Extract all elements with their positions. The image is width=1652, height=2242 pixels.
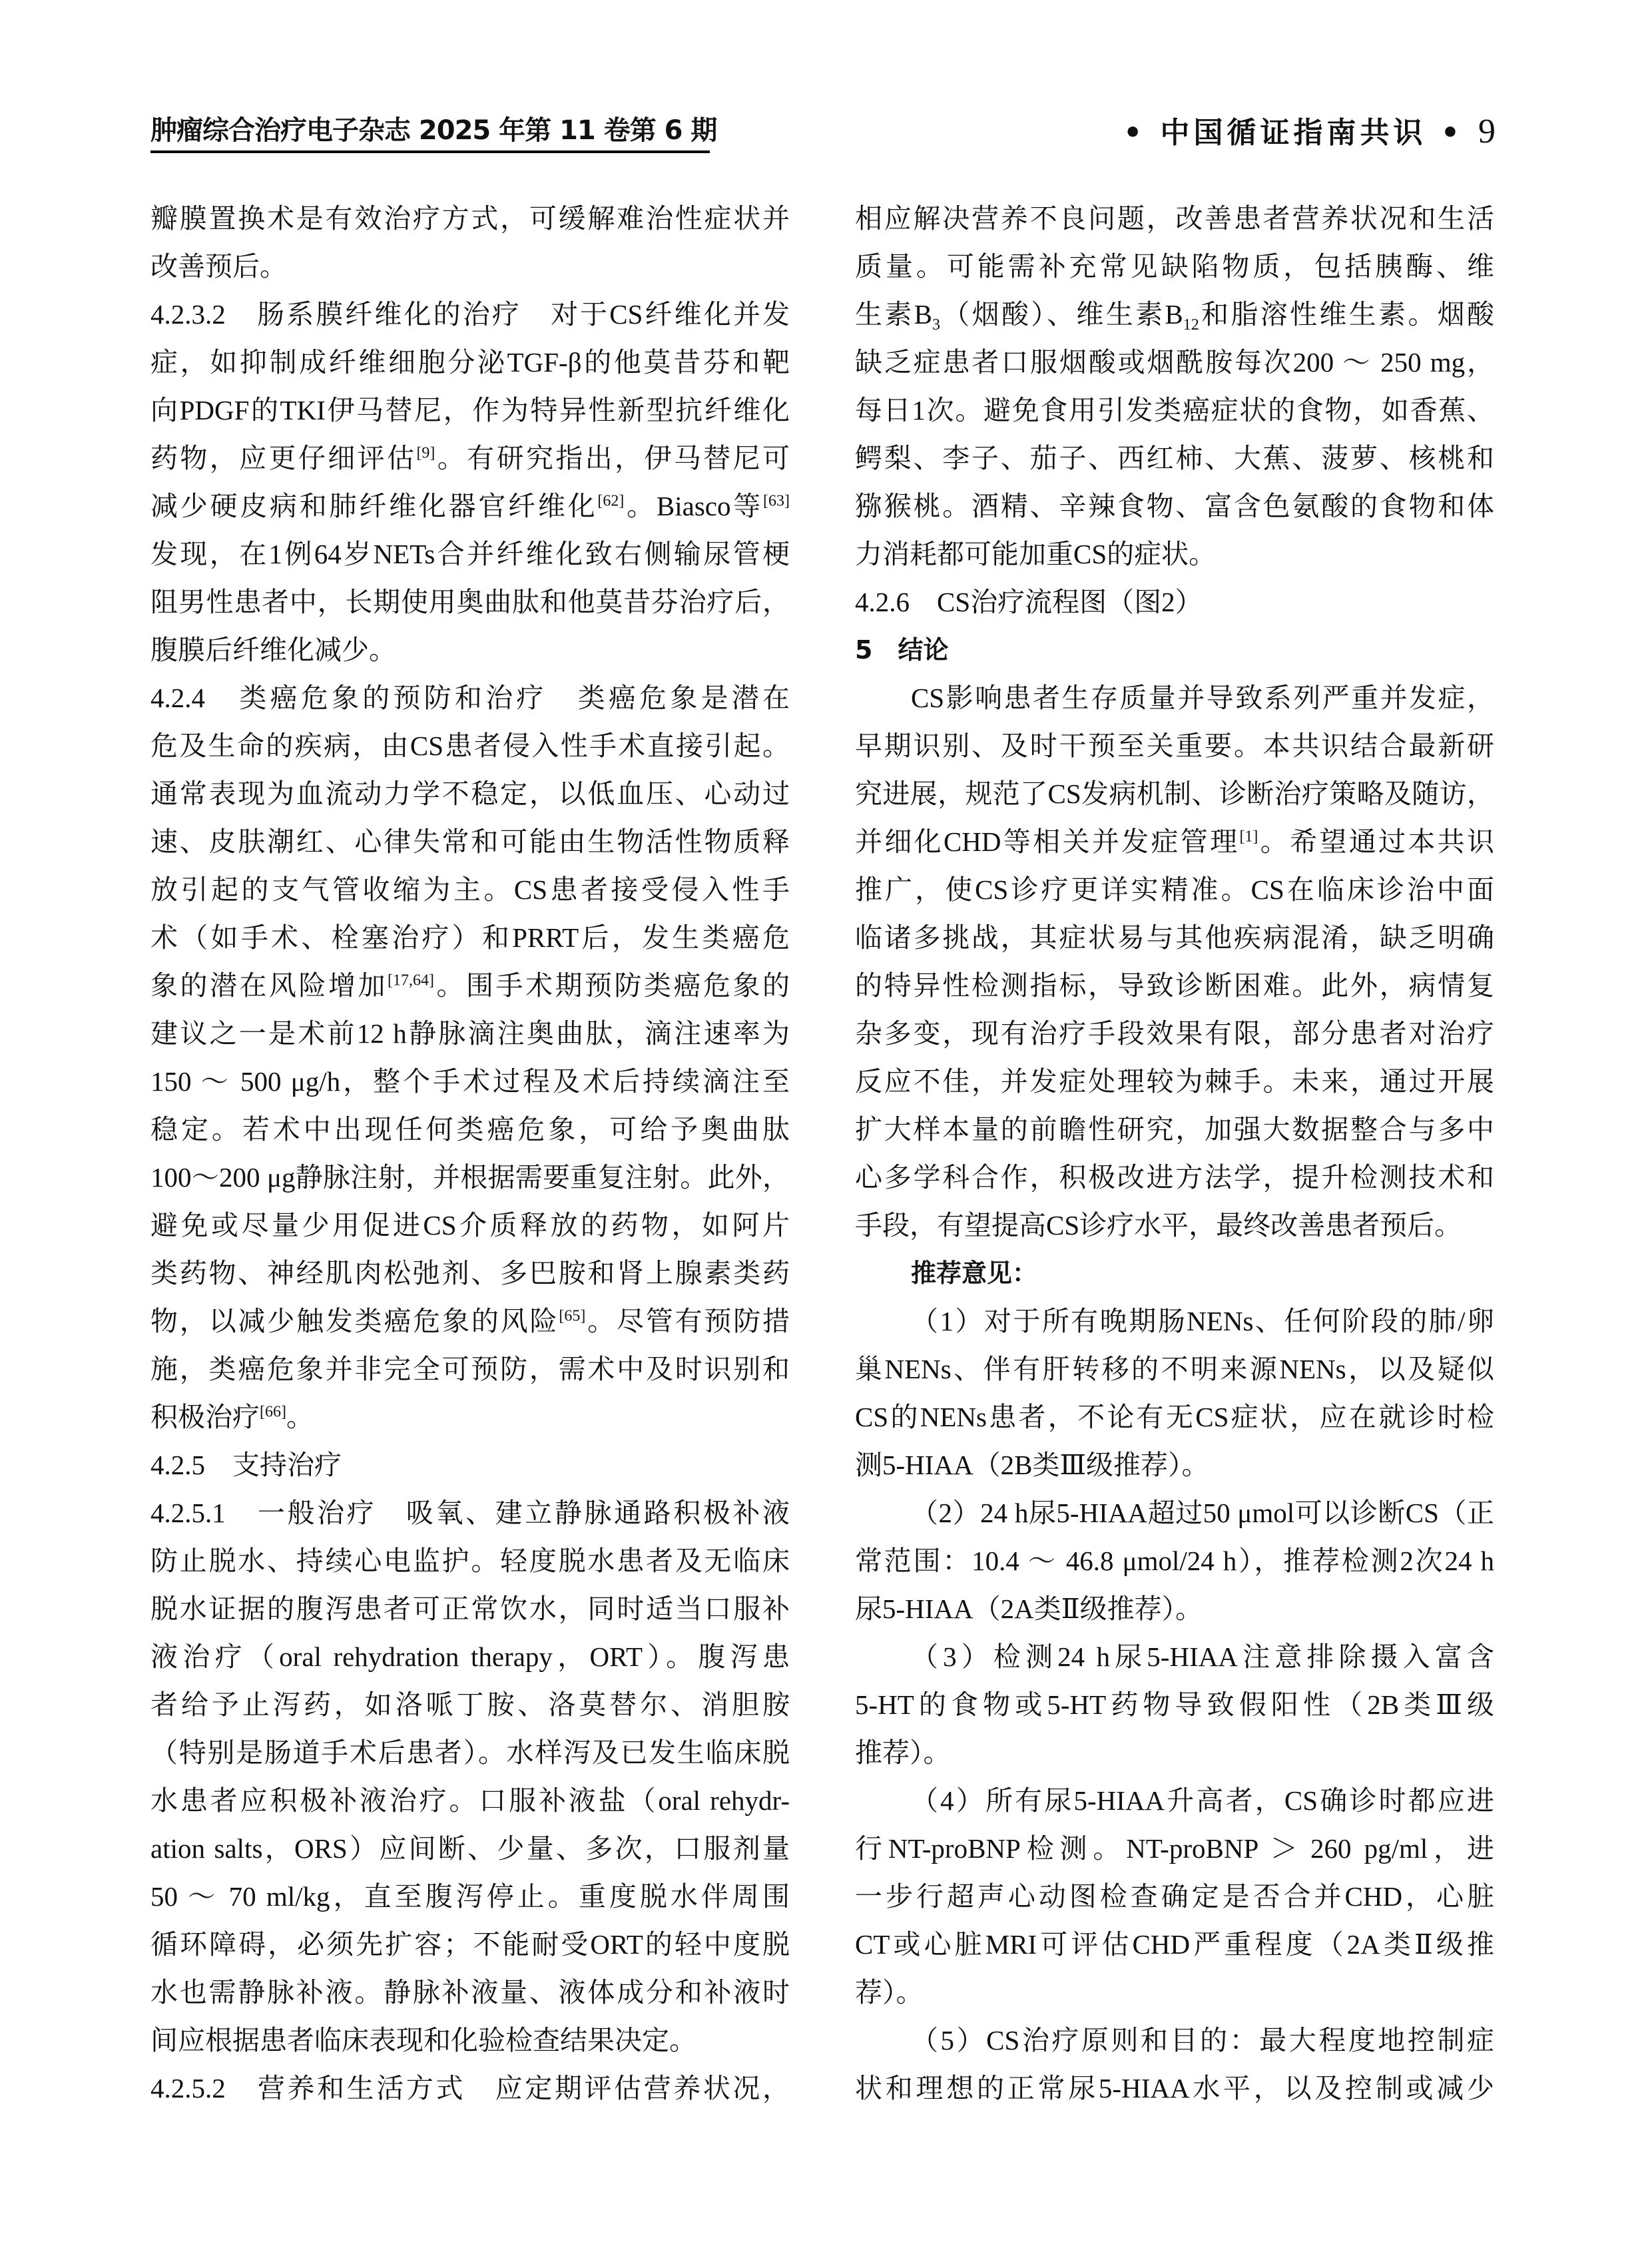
line-text: CS的NENs患者，不论有无CS症状，应在就诊时检 [855,1402,1494,1432]
text-line: 尿5-HIAA（2A类Ⅱ级推荐）。 [855,1585,1494,1633]
text-line: 100～200 μg静脉注射，并根据需要重复注射。此外， [150,1153,790,1201]
line-text: 液治疗（oral rehydration therapy，ORT）。腹泻患 [150,1641,790,1672]
citation-ref: [62] [597,492,624,509]
line-text: 常范围：10.4 ～ 46.8 μmol/24 h），推荐检测2次24 h [855,1545,1494,1576]
text-line: 阻男性患者中，长期使用奥曲肽和他莫昔芬治疗后， [150,578,790,626]
line-text: 5 结论 [855,635,948,665]
line-text: 4.2.6 CS治疗流程图（图2） [855,587,1203,617]
text-line: 建议之一是术前12 h静脉滴注奥曲肽，滴注速率为 [150,1009,790,1057]
text-line: 50 ～ 70 ml/kg，直至腹泻停止。重度脱水伴周围 [150,1872,790,1920]
text-line: 术（如手术、栓塞治疗）和PRRT后，发生类癌危 [150,914,790,962]
text-line: 脱水证据的腹泻患者可正常饮水，同时适当口服补 [150,1585,790,1633]
text-line: 相应解决营养不良问题，改善患者营养状况和生活 [855,194,1494,242]
text-line: 5 结论 [855,626,1494,674]
line-text: 者给予止泻药，如洛哌丁胺、洛莫替尔、消胆胺 [150,1689,790,1720]
text-line: 稳定。若术中出现任何类癌危象，可给予奥曲肽 [150,1105,790,1153]
line-text: 。围手术期预防类癌危象的 [434,970,790,1001]
line-text: 质量。可能需补充常见缺陷物质，包括胰酶、维 [855,251,1494,282]
line-text: 改善预后。 [150,251,287,282]
text-line: 临诸多挑战，其症状易与其他疾病混淆，缺乏明确 [855,914,1494,962]
text-line: （4）所有尿5-HIAA升高者，CS确诊时都应进 [855,1777,1494,1824]
line-text: 防止脱水、持续心电监护。轻度脱水患者及无临床 [150,1545,790,1576]
text-line: 手段，有望提高CS诊疗水平，最终改善患者预后。 [855,1201,1494,1249]
text-line: CT或心脏MRI可评估CHD严重程度（2A类Ⅱ级推 [855,1920,1494,1968]
line-text: （1）对于所有晚期肠NENs、任何阶段的肺/卵 [911,1306,1494,1336]
citation-ref: [66] [260,1403,286,1420]
text-line: 猕猴桃。酒精、辛辣食物、富含色氨酸的食物和体 [855,482,1494,530]
line-text: 100～200 μg静脉注射，并根据需要重复注射。此外， [150,1162,790,1193]
text-line: 水患者应积极补液治疗。口服补液盐（oral rehydr- [150,1777,790,1824]
text-line: （2）24 h尿5-HIAA超过50 μmol可以诊断CS（正 [855,1489,1494,1537]
text-line: 推荐意见： [855,1249,1494,1297]
text-line: 状和理想的正常尿5-HIAA水平，以及控制或减少 [855,2064,1494,2112]
line-text: 水也需静脉补液。静脉补液量、液体成分和补液时 [150,1977,790,2008]
line-text: 放引起的支气管收缩为主。CS患者接受侵入性手 [150,874,790,905]
line-text: 和脂溶性维生素。烟酸 [1199,299,1494,330]
line-text: 4.2.3.2 肠系膜纤维化的治疗 对于CS纤维化并发 [150,299,790,330]
text-line: 水也需静脉补液。静脉补液量、液体成分和补液时 [150,1968,790,2016]
text-line: 荐）。 [855,1968,1494,2016]
subscript: 12 [1183,316,1199,334]
line-text: 推荐）。 [855,1737,951,1768]
text-line: 速、皮肤潮红、心律失常和可能由生物活性物质释 [150,818,790,866]
text-line: 心多学科合作，积极改进方法学，提升检测技术和 [855,1153,1494,1201]
text-line: 危及生命的疾病，由CS患者侵入性手术直接引起。 [150,722,790,770]
page-number: 9 [1478,113,1496,150]
text-line: 150 ～ 500 μg/h，整个手术过程及术后持续滴注至 [150,1057,790,1105]
text-line: 反应不佳，并发症处理较为棘手。未来，通过开展 [855,1057,1494,1105]
text-line: 放引起的支气管收缩为主。CS患者接受侵入性手 [150,866,790,914]
text-line: 间应根据患者临床表现和化验检查结果决定。 [150,2016,790,2064]
text-line: 究进展，规范了CS发病机制、诊断治疗策略及随访， [855,770,1494,818]
text-line: 生素B3（烟酸）、维生素B12和脂溶性维生素。烟酸 [855,290,1494,338]
line-text: 发现，在1例64岁NETs合并纤维化致右侧输尿管梗 [150,539,790,569]
text-line: 改善预后。 [150,242,790,290]
line-text: 150 ～ 500 μg/h，整个手术过程及术后持续滴注至 [150,1066,790,1097]
line-text: 生素B [855,299,932,330]
text-line: 的特异性检测指标，导致诊断困难。此外，病情复 [855,962,1494,1009]
line-text: 速、皮肤潮红、心律失常和可能由生物活性物质释 [150,826,790,857]
line-text: 象的潜在风险增加 [150,970,388,1001]
text-line: 推广，使CS诊疗更详实精准。CS在临床诊治中面 [855,866,1494,914]
citation-ref: [1] [1239,828,1258,845]
line-text: 推荐意见： [911,1259,1037,1288]
text-line: 5-HT的食物或5-HT药物导致假阳性（2B类Ⅲ级 [855,1681,1494,1729]
line-text: 并细化CHD等相关并发症管理 [855,826,1239,857]
journal-page: 肿瘤综合治疗电子杂志 2025 年第 11 卷第 6 期 • 中国循证指南共识 … [0,0,1652,2242]
text-line: 避免或尽量少用促进CS介质释放的药物，如阿片 [150,1201,790,1249]
line-text: 尿5-HIAA（2A类Ⅱ级推荐）。 [855,1593,1203,1624]
text-line: 一步行超声心动图检查确定是否合并CHD，心脏 [855,1872,1494,1920]
text-line: 瓣膜置换术是有效治疗方式，可缓解难治性症状并 [150,194,790,242]
line-text: 4.2.5.1 一般治疗 吸氧、建立静脉通路积极补液 [150,1498,790,1528]
line-text: 每日1次。避免食用引发类癌症状的食物，如香蕉、 [855,395,1494,425]
section-label-and-page: • 中国循证指南共识 •9 [1123,112,1496,153]
text-line: 杂多变，现有治疗手段效果有限，部分患者对治疗 [855,1009,1494,1057]
text-line: 4.2.3.2 肠系膜纤维化的治疗 对于CS纤维化并发 [150,290,790,338]
text-line: 4.2.4 类癌危象的预防和治疗 类癌危象是潜在 [150,674,790,722]
line-text: 测5-HIAA（2B类Ⅲ级推荐）。 [855,1450,1209,1480]
citation-ref: [63] [763,492,790,509]
text-line: 药物，应更仔细评估[9]。有研究指出，伊马替尼可 [150,434,790,482]
line-text: 建议之一是术前12 h静脉滴注奥曲肽，滴注速率为 [150,1018,790,1049]
line-text: 药物，应更仔细评估 [150,443,416,473]
text-line: 物，以减少触发类癌危象的风险[65]。尽管有预防措 [150,1297,790,1345]
text-line: 巢NENs、伴有肝转移的不明来源NENs，以及疑似 [855,1345,1494,1393]
citation-ref: [17,64] [388,972,434,989]
text-line: ation salts，ORS）应间断、少量、多次，口服剂量 [150,1824,790,1872]
text-line: 推荐）。 [855,1729,1494,1777]
line-text: 向PDGF的TKI伊马替尼，作为特异性新型抗纤维化 [150,395,790,425]
text-line: 缺乏症患者口服烟酸或烟酰胺每次200 ～ 250 mg， [855,338,1494,386]
text-line: 向PDGF的TKI伊马替尼，作为特异性新型抗纤维化 [150,386,790,434]
line-text: 50 ～ 70 ml/kg，直至腹泻停止。重度脱水伴周围 [150,1881,790,1912]
line-text: 危及生命的疾病，由CS患者侵入性手术直接引起。 [150,730,790,761]
text-line: 每日1次。避免食用引发类癌症状的食物，如香蕉、 [855,386,1494,434]
text-line: 鳄梨、李子、茄子、西红柿、大蕉、菠萝、核桃和 [855,434,1494,482]
text-line: 行NT-proBNP检测。NT-proBNP ＞ 260 pg/ml，进 [855,1824,1494,1872]
line-text: 扩大样本量的前瞻性研究，加强大数据整合与多中 [855,1114,1494,1145]
line-text: 物，以减少触发类癌危象的风险 [150,1306,559,1336]
line-text: 。希望通过本共识 [1258,826,1494,857]
text-line: 扩大样本量的前瞻性研究，加强大数据整合与多中 [855,1105,1494,1153]
left-column: 瓣膜置换术是有效治疗方式，可缓解难治性症状并改善预后。4.2.3.2 肠系膜纤维… [150,194,790,2112]
text-line: 象的潜在风险增加[17,64]。围手术期预防类癌危象的 [150,962,790,1009]
line-text: （5）CS治疗原则和目的：最大程度地控制症 [911,2025,1494,2056]
line-text: 4.2.4 类癌危象的预防和治疗 类癌危象是潜在 [150,683,790,713]
section-label: • 中国循证指南共识 • [1123,116,1464,150]
text-line: 防止脱水、持续心电监护。轻度脱水患者及无临床 [150,1537,790,1585]
line-text: 4.2.5.2 营养和生活方式 应定期评估营养状况， [150,2073,790,2103]
subscript: 3 [932,316,940,334]
line-text: CS影响患者生存质量并导致系列严重并发症， [911,683,1494,713]
text-line: 积极治疗[66]。 [150,1393,790,1441]
text-line: （3）检测24 h尿5-HIAA注意排除摄入富含 [855,1633,1494,1681]
line-text: （2）24 h尿5-HIAA超过50 μmol可以诊断CS（正 [911,1498,1494,1528]
text-line: 4.2.5.2 营养和生活方式 应定期评估营养状况， [150,2064,790,2112]
line-text: 水患者应积极补液治疗。口服补液盐（oral rehydr- [150,1785,790,1816]
line-text: 稳定。若术中出现任何类癌危象，可给予奥曲肽 [150,1114,790,1145]
right-column: 相应解决营养不良问题，改善患者营养状况和生活质量。可能需补充常见缺陷物质，包括胰… [855,194,1494,2112]
line-text: （3）检测24 h尿5-HIAA注意排除摄入富含 [911,1641,1494,1672]
line-text: 的特异性检测指标，导致诊断困难。此外，病情复 [855,970,1494,1001]
text-line: CS影响患者生存质量并导致系列严重并发症， [855,674,1494,722]
line-text: 。 [286,1402,314,1432]
line-text: 巢NENs、伴有肝转移的不明来源NENs，以及疑似 [855,1354,1494,1384]
line-text: 猕猴桃。酒精、辛辣食物、富含色氨酸的食物和体 [855,491,1494,521]
line-text: 。Biasco等 [624,491,763,521]
text-line: 早期识别、及时干预至关重要。本共识结合最新研 [855,722,1494,770]
line-text: 反应不佳，并发症处理较为棘手。未来，通过开展 [855,1066,1494,1097]
line-text: 瓣膜置换术是有效治疗方式，可缓解难治性症状并 [150,203,790,234]
line-text: 减少硬皮病和肺纤维化器官纤维化 [150,491,597,521]
line-text: 鳄梨、李子、茄子、西红柿、大蕉、菠萝、核桃和 [855,443,1494,473]
line-text: 早期识别、及时干预至关重要。本共识结合最新研 [855,730,1494,761]
text-line: CS的NENs患者，不论有无CS症状，应在就诊时检 [855,1393,1494,1441]
text-line: 症，如抑制成纤维细胞分泌TGF-β的他莫昔芬和靶 [150,338,790,386]
text-line: 者给予止泻药，如洛哌丁胺、洛莫替尔、消胆胺 [150,1681,790,1729]
line-text: 阻男性患者中，长期使用奥曲肽和他莫昔芬治疗后， [150,587,790,617]
text-line: 施，类癌危象并非完全可预防，需术中及时识别和 [150,1345,790,1393]
citation-ref: [9] [416,444,435,461]
line-text: 。有研究指出，伊马替尼可 [435,443,790,473]
line-text: 心多学科合作，积极改进方法学，提升检测技术和 [855,1162,1494,1193]
line-text: 积极治疗 [150,1402,260,1432]
line-text: （特别是肠道手术后患者）。水样泻及已发生临床脱 [150,1737,790,1768]
text-line: 通常表现为血流动力学不稳定，以低血压、心动过 [150,770,790,818]
text-line: （特别是肠道手术后患者）。水样泻及已发生临床脱 [150,1729,790,1777]
text-line: 发现，在1例64岁NETs合并纤维化致右侧输尿管梗 [150,530,790,578]
line-text: 脱水证据的腹泻患者可正常饮水，同时适当口服补 [150,1593,790,1624]
line-text: 行NT-proBNP检测。NT-proBNP ＞ 260 pg/ml，进 [855,1833,1494,1864]
running-header: 肿瘤综合治疗电子杂志 2025 年第 11 卷第 6 期 • 中国循证指南共识 … [150,112,1496,154]
text-line: （1）对于所有晚期肠NENs、任何阶段的肺/卵 [855,1297,1494,1345]
line-text: 手段，有望提高CS诊疗水平，最终改善患者预后。 [855,1210,1462,1241]
text-line: 4.2.6 CS治疗流程图（图2） [855,578,1494,626]
line-text: 循环障碍，必须先扩容；不能耐受ORT的轻中度脱 [150,1929,790,1960]
line-text: 。尽管有预防措 [585,1306,790,1336]
line-text: （烟酸）、维生素B [940,299,1183,330]
text-line: 力消耗都可能加重CS的症状。 [855,530,1494,578]
text-line: 常范围：10.4 ～ 46.8 μmol/24 h），推荐检测2次24 h [855,1537,1494,1585]
text-line: 循环障碍，必须先扩容；不能耐受ORT的轻中度脱 [150,1920,790,1968]
line-text: 一步行超声心动图检查确定是否合并CHD，心脏 [855,1881,1494,1912]
line-text: 施，类癌危象并非完全可预防，需术中及时识别和 [150,1354,790,1384]
line-text: ation salts，ORS）应间断、少量、多次，口服剂量 [150,1833,790,1864]
line-text: 杂多变，现有治疗手段效果有限，部分患者对治疗 [855,1018,1494,1049]
text-line: 4.2.5.1 一般治疗 吸氧、建立静脉通路积极补液 [150,1489,790,1537]
line-text: 状和理想的正常尿5-HIAA水平，以及控制或减少 [855,2073,1494,2103]
text-line: 腹膜后纤维化减少。 [150,626,790,674]
text-line: 4.2.5 支持治疗 [150,1441,790,1489]
text-line: 液治疗（oral rehydration therapy，ORT）。腹泻患 [150,1633,790,1681]
text-line: 减少硬皮病和肺纤维化器官纤维化[62]。Biasco等[63] [150,482,790,530]
line-text: 推广，使CS诊疗更详实精准。CS在临床诊治中面 [855,874,1494,905]
text-line: （5）CS治疗原则和目的：最大程度地控制症 [855,2016,1494,2064]
line-text: 间应根据患者临床表现和化验检查结果决定。 [150,2025,696,2056]
line-text: 5-HT的食物或5-HT药物导致假阳性（2B类Ⅲ级 [855,1689,1494,1720]
line-text: 相应解决营养不良问题，改善患者营养状况和生活 [855,203,1494,234]
line-text: 缺乏症患者口服烟酸或烟酰胺每次200 ～ 250 mg， [855,347,1494,378]
line-text: 症，如抑制成纤维细胞分泌TGF-β的他莫昔芬和靶 [150,347,790,378]
line-text: （4）所有尿5-HIAA升高者，CS确诊时都应进 [911,1785,1494,1816]
text-line: 质量。可能需补充常见缺陷物质，包括胰酶、维 [855,242,1494,290]
line-text: 究进展，规范了CS发病机制、诊断治疗策略及随访， [855,778,1494,809]
line-text: 术（如手术、栓塞治疗）和PRRT后，发生类癌危 [150,922,790,953]
line-text: 荐）。 [855,1977,924,2008]
citation-ref: [65] [559,1307,585,1324]
text-line: 测5-HIAA（2B类Ⅲ级推荐）。 [855,1441,1494,1489]
line-text: 避免或尽量少用促进CS介质释放的药物，如阿片 [150,1210,790,1241]
text-line: 并细化CHD等相关并发症管理[1]。希望通过本共识 [855,818,1494,866]
text-line: 类药物、神经肌肉松弛剂、多巴胺和肾上腺素类药 [150,1249,790,1297]
line-text: 类药物、神经肌肉松弛剂、多巴胺和肾上腺素类药 [150,1258,790,1288]
line-text: 力消耗都可能加重CS的症状。 [855,539,1216,569]
line-text: 腹膜后纤维化减少。 [150,635,396,665]
line-text: 临诸多挑战，其症状易与其他疾病混淆，缺乏明确 [855,922,1494,953]
journal-title: 肿瘤综合治疗电子杂志 2025 年第 11 卷第 6 期 [150,112,710,153]
line-text: 通常表现为血流动力学不稳定，以低血压、心动过 [150,778,790,809]
line-text: CT或心脏MRI可评估CHD严重程度（2A类Ⅱ级推 [855,1929,1494,1960]
line-text: 4.2.5 支持治疗 [150,1450,342,1480]
